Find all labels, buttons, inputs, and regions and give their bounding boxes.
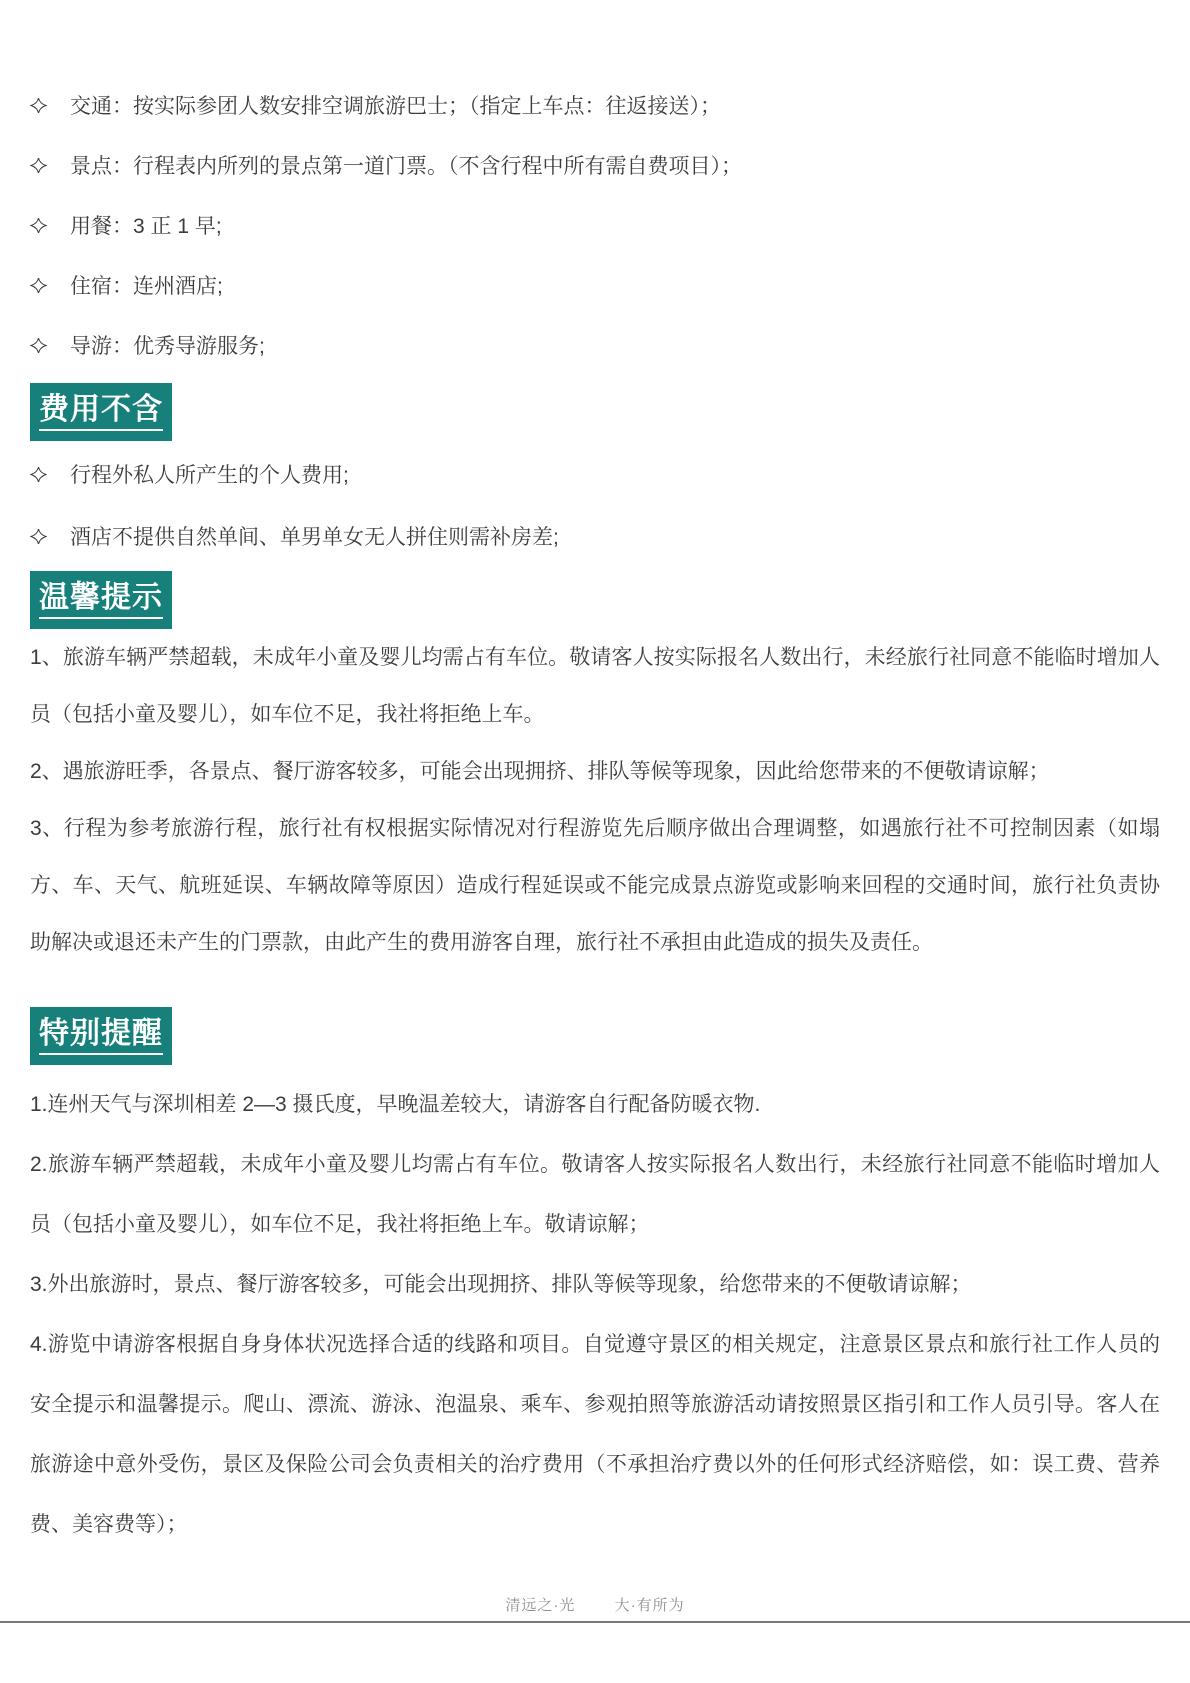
footer-brand-left: 清远之·光	[505, 1597, 575, 1614]
list-item: 用餐：3 正 1 早;	[30, 195, 1160, 255]
paragraph: 3.外出旅游时，景点、餐厅游客较多，可能会出现拥挤、排队等候等现象，给您带来的不…	[30, 1255, 1160, 1315]
list-item-text: 交通：按实际参团人数安排空调旅游巴士；（指定上车点：往返接送）；	[70, 90, 1160, 120]
section-title: 特别提醒	[39, 1019, 163, 1055]
paragraph: 1.连州天气与深圳相差 2—3 摄氏度，早晚温差较大，请游客自行配备防暖衣物.	[30, 1075, 1160, 1135]
four-pointed-star-bullet-icon	[30, 157, 70, 174]
four-pointed-star-bullet-icon	[30, 528, 70, 545]
four-pointed-star-bullet-icon	[30, 337, 70, 354]
paragraph: 4.游览中请游客根据自身身体状况选择合适的线路和项目。自觉遵守景区的相关规定，注…	[30, 1315, 1160, 1555]
list-item: 酒店不提供自然单间、单男单女无人拼住则需补房差;	[30, 505, 1160, 567]
list-item-text: 住宿：连州酒店;	[70, 270, 1160, 300]
paragraph: 2、遇旅游旺季，各景点、餐厅游客较多，可能会出现拥挤、排队等候等现象，因此给您带…	[30, 743, 1160, 800]
footer-brand-right: 大·有所为	[615, 1597, 685, 1614]
list-item: 导游：优秀导游服务;	[30, 315, 1160, 375]
list-item: 行程外私人所产生的个人费用;	[30, 443, 1160, 505]
paragraph: 3、行程为参考旅游行程，旅行社有权根据实际情况对行程游览先后顺序做出合理调整，如…	[30, 800, 1160, 971]
section-title: 温馨提示	[39, 583, 163, 619]
list-item: 交通：按实际参团人数安排空调旅游巴士；（指定上车点：往返接送）；	[30, 75, 1160, 135]
page-footer: 清远之·光 大·有所为	[0, 1594, 1190, 1615]
list-item-text: 用餐：3 正 1 早;	[70, 210, 1160, 240]
section-header-special-reminders: 特别提醒	[30, 1007, 1160, 1065]
list-item-text: 酒店不提供自然单间、单男单女无人拼住则需补房差;	[70, 521, 1160, 551]
list-item-text: 导游：优秀导游服务;	[70, 330, 1160, 360]
paragraph: 2.旅游车辆严禁超载，未成年小童及婴儿均需占有车位。敬请客人按实际报名人数出行，…	[30, 1135, 1160, 1255]
included-services-list: 交通：按实际参团人数安排空调旅游巴士；（指定上车点：往返接送）； 景点：行程表内…	[30, 75, 1160, 375]
list-item: 住宿：连州酒店;	[30, 255, 1160, 315]
four-pointed-star-bullet-icon	[30, 97, 70, 114]
document-page: 交通：按实际参团人数安排空调旅游巴士；（指定上车点：往返接送）； 景点：行程表内…	[0, 0, 1190, 1683]
paragraph: 1、旅游车辆严禁超载，未成年小童及婴儿均需占有车位。敬请客人按实际报名人数出行，…	[30, 629, 1160, 743]
section-title: 费用不含	[39, 395, 163, 431]
section-header-fees-excluded: 费用不含	[30, 383, 1160, 441]
four-pointed-star-bullet-icon	[30, 277, 70, 294]
list-item: 景点：行程表内所列的景点第一道门票。（不含行程中所有需自费项目）；	[30, 135, 1160, 195]
list-item-text: 行程外私人所产生的个人费用;	[70, 459, 1160, 489]
list-item-text: 景点：行程表内所列的景点第一道门票。（不含行程中所有需自费项目）；	[70, 150, 1160, 180]
four-pointed-star-bullet-icon	[30, 466, 70, 483]
fees-excluded-list: 行程外私人所产生的个人费用; 酒店不提供自然单间、单男单女无人拼住则需补房差;	[30, 443, 1160, 567]
warm-tips-paragraphs: 1、旅游车辆严禁超载，未成年小童及婴儿均需占有车位。敬请客人按实际报名人数出行，…	[30, 629, 1160, 971]
footer-divider	[0, 1621, 1190, 1623]
special-reminders-paragraphs: 1.连州天气与深圳相差 2—3 摄氏度，早晚温差较大，请游客自行配备防暖衣物. …	[30, 1075, 1160, 1555]
section-header-warm-tips: 温馨提示	[30, 571, 1160, 629]
four-pointed-star-bullet-icon	[30, 217, 70, 234]
document-body: 交通：按实际参团人数安排空调旅游巴士；（指定上车点：往返接送）； 景点：行程表内…	[0, 0, 1190, 1555]
